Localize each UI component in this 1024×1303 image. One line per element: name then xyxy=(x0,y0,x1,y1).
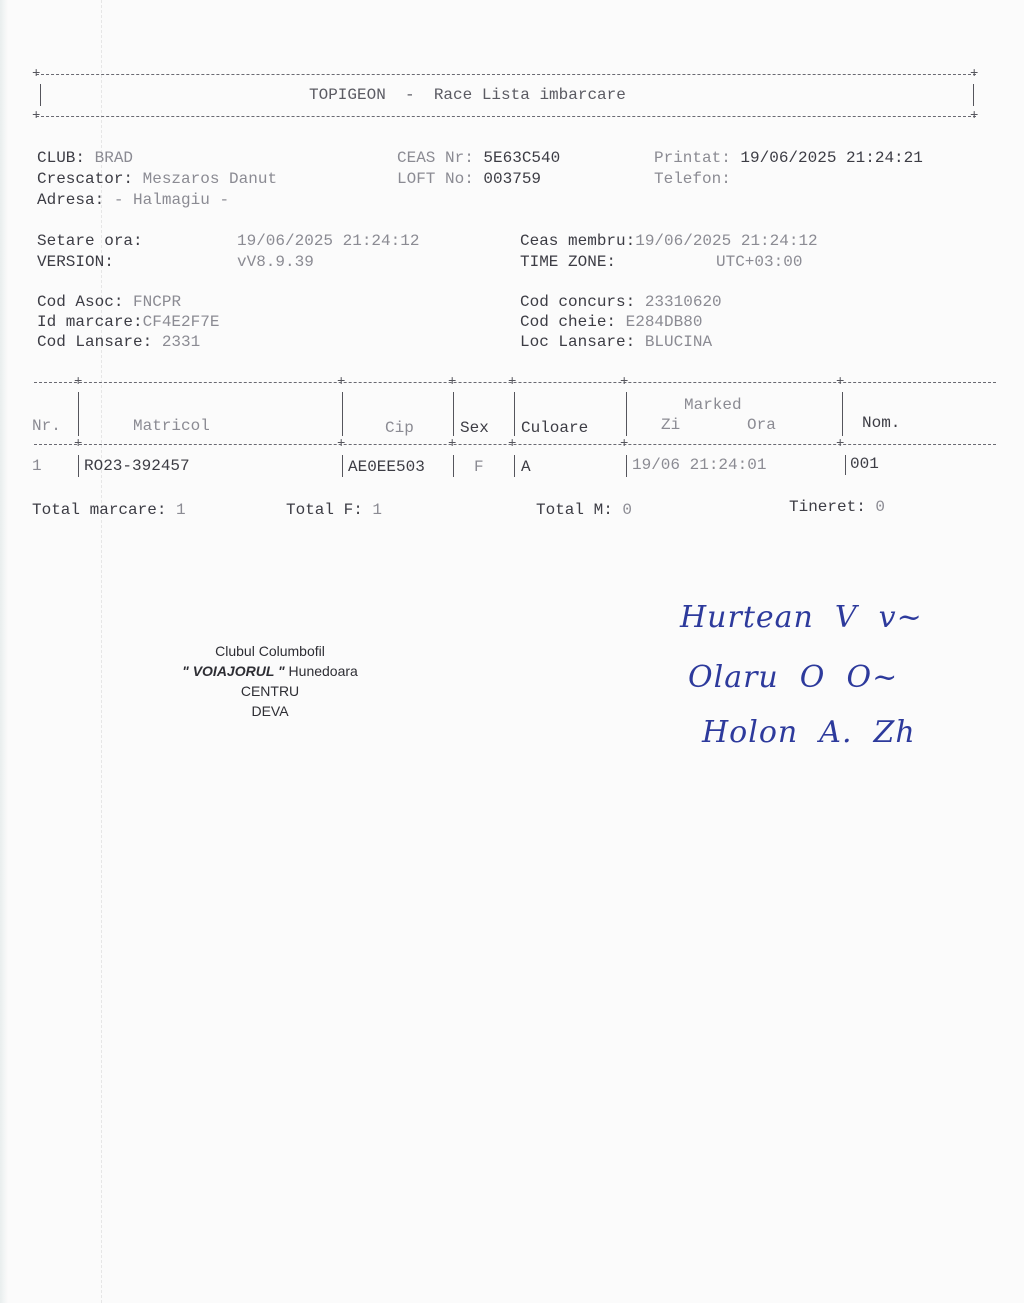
cod-lansare-label: Cod Lansare: xyxy=(37,333,152,351)
row-divider xyxy=(514,455,515,477)
total-f-label: Total F: xyxy=(286,501,363,519)
ceas-nr-label: CEAS Nr: xyxy=(397,149,474,167)
adresa-label: Adresa: xyxy=(37,191,104,209)
signature-line: Holon A. Zh xyxy=(702,715,916,750)
title-bottom-border xyxy=(36,116,976,117)
grid-plus: + xyxy=(508,377,516,387)
col-divider xyxy=(342,392,343,436)
stamp-line-1: Clubul Columbofil xyxy=(150,641,390,661)
cell-ora: 21:24:01 xyxy=(690,456,767,474)
setare-ora-label: Setare ora: xyxy=(37,231,143,252)
cell-cip: AE0EE503 xyxy=(348,457,425,478)
cod-lansare-field: Cod Lansare: 2331 xyxy=(37,332,200,353)
tineret-value: 0 xyxy=(875,498,885,516)
loc-lansare-field: Loc Lansare: BLUCINA xyxy=(520,332,712,353)
cod-cheie-label: Cod cheie: xyxy=(520,313,616,331)
total-m-field: Total M: 0 xyxy=(536,500,632,521)
loft-no-value: 003759 xyxy=(483,170,541,188)
grid-plus: + xyxy=(620,439,628,449)
row-divider xyxy=(626,455,627,477)
grid-plus: + xyxy=(337,439,345,449)
crescator-value: Meszaros Danut xyxy=(143,170,277,188)
total-f-field: Total F: 1 xyxy=(286,500,382,521)
grid-plus: + xyxy=(337,377,345,387)
setare-ora-value: 19/06/2025 21:24:12 xyxy=(237,231,419,252)
version-label: VERSION: xyxy=(37,252,114,273)
time-zone-value: UTC+03:00 xyxy=(716,252,802,273)
cell-marked: 19/06 21:24:01 xyxy=(632,455,766,476)
col-header-matricol: Matricol xyxy=(133,416,210,437)
ceas-membru-field: Ceas membru:19/06/2025 21:24:12 xyxy=(520,231,818,252)
col-header-zi: Zi xyxy=(661,415,680,436)
ceas-nr-field: CEAS Nr: 5E63C540 xyxy=(397,148,560,169)
stamp-line-3: CENTRU xyxy=(150,681,390,701)
tineret-field: Tineret: 0 xyxy=(789,497,885,518)
corner-plus: + xyxy=(32,69,40,79)
crescator-field: Crescator: Meszaros Danut xyxy=(37,169,277,190)
col-divider xyxy=(626,392,627,436)
col-divider xyxy=(78,392,79,436)
grid-plus: + xyxy=(74,377,82,387)
cod-cheie-field: Cod cheie: E284DB80 xyxy=(520,312,702,333)
loc-lansare-value: BLUCINA xyxy=(645,333,712,351)
signature-line: Olaru O O~ xyxy=(688,660,898,695)
col-header-nr: Nr. xyxy=(32,416,61,437)
id-marcare-value: CF4E2F7E xyxy=(143,313,220,331)
col-header-culoare: Culoare xyxy=(521,418,588,439)
col-header-ora: Ora xyxy=(747,415,776,436)
stamp-club-name: " VOIAJORUL " xyxy=(182,663,284,679)
printat-value: 19/06/2025 21:24:21 xyxy=(740,149,922,167)
grid-plus: + xyxy=(74,439,82,449)
id-marcare-field: Id marcare:CF4E2F7E xyxy=(37,312,219,333)
version-value: vV8.9.39 xyxy=(237,252,314,273)
adresa-value: - Halmagiu - xyxy=(114,191,229,209)
cell-matricol: RO23-392457 xyxy=(84,456,190,477)
printat-field: Printat: 19/06/2025 21:24:21 xyxy=(654,148,923,169)
cod-lansare-value: 2331 xyxy=(162,333,200,351)
col-divider xyxy=(842,392,843,436)
club-label: CLUB: xyxy=(37,149,85,167)
printat-label: Printat: xyxy=(654,149,731,167)
row-divider xyxy=(342,455,343,477)
telefon-label: Telefon: xyxy=(654,170,731,188)
col-header-nom: Nom. xyxy=(862,413,900,434)
corner-plus: + xyxy=(970,69,978,79)
crescator-label: Crescator: xyxy=(37,170,133,188)
id-marcare-label: Id marcare: xyxy=(37,313,143,331)
loft-no-field: LOFT No: 003759 xyxy=(397,169,541,190)
paper-edge xyxy=(0,0,8,1303)
grid-plus: + xyxy=(448,377,456,387)
total-m-label: Total M: xyxy=(536,501,613,519)
cod-cheie-value: E284DB80 xyxy=(626,313,703,331)
signature-line: Hurtean V v~ xyxy=(680,600,923,635)
col-header-cip: Cip xyxy=(385,418,414,439)
row-divider xyxy=(845,455,846,475)
cod-concurs-field: Cod concurs: 23310620 xyxy=(520,292,722,313)
title-right-border xyxy=(973,84,974,106)
total-f-value: 1 xyxy=(372,501,382,519)
loft-no-label: LOFT No: xyxy=(397,170,474,188)
handwritten-signatures: Hurtean V v~ Olaru O O~ Holon A. Zh xyxy=(670,585,1010,765)
cell-nr: 1 xyxy=(32,456,42,477)
club-field: CLUB: BRAD xyxy=(37,148,133,169)
cell-culoare: A xyxy=(521,457,531,478)
corner-plus: + xyxy=(32,111,40,121)
telefon-field: Telefon: xyxy=(654,169,740,190)
cod-concurs-label: Cod concurs: xyxy=(520,293,635,311)
cell-zi: 19/06 xyxy=(632,456,680,474)
tineret-label: Tineret: xyxy=(789,498,866,516)
ceas-nr-value: 5E63C540 xyxy=(483,149,560,167)
loc-lansare-label: Loc Lansare: xyxy=(520,333,635,351)
cod-concurs-value: 23310620 xyxy=(645,293,722,311)
ceas-membru-label: Ceas membru: xyxy=(520,232,635,250)
cod-asoc-value: FNCPR xyxy=(133,293,181,311)
page-title: TOPIGEON - Race Lista imbarcare xyxy=(309,85,626,106)
corner-plus: + xyxy=(970,111,978,121)
grid-plus: + xyxy=(620,377,628,387)
grid-plus: + xyxy=(836,439,844,449)
stamp-line-2: " VOIAJORUL " Hunedoara xyxy=(150,661,390,681)
total-marcare-field: Total marcare: 1 xyxy=(32,500,186,521)
col-divider xyxy=(514,392,515,436)
row-divider xyxy=(78,455,79,477)
total-marcare-value: 1 xyxy=(176,501,186,519)
total-m-value: 0 xyxy=(622,501,632,519)
col-header-marked: Marked xyxy=(684,395,742,416)
time-zone-label: TIME ZONE: xyxy=(520,252,616,273)
title-left-border xyxy=(40,84,41,106)
adresa-field: Adresa: - Halmagiu - xyxy=(37,190,229,211)
title-top-border xyxy=(36,74,976,75)
club-stamp: Clubul Columbofil " VOIAJORUL " Hunedoar… xyxy=(150,641,390,721)
club-value: BRAD xyxy=(95,149,133,167)
col-header-sex: Sex xyxy=(460,418,489,439)
grid-plus: + xyxy=(508,439,516,449)
col-divider xyxy=(453,392,454,436)
stamp-city: Hunedoara xyxy=(285,663,358,679)
row-divider xyxy=(453,455,454,477)
grid-plus: + xyxy=(836,377,844,387)
cell-sex: F xyxy=(474,457,484,478)
cod-asoc-field: Cod Asoc: FNCPR xyxy=(37,292,181,313)
ceas-membru-value: 19/06/2025 21:24:12 xyxy=(635,232,817,250)
total-marcare-label: Total marcare: xyxy=(32,501,166,519)
cod-asoc-label: Cod Asoc: xyxy=(37,293,123,311)
cell-nom: 001 xyxy=(850,454,879,475)
grid-plus: + xyxy=(448,439,456,449)
stamp-line-4: DEVA xyxy=(150,701,390,721)
